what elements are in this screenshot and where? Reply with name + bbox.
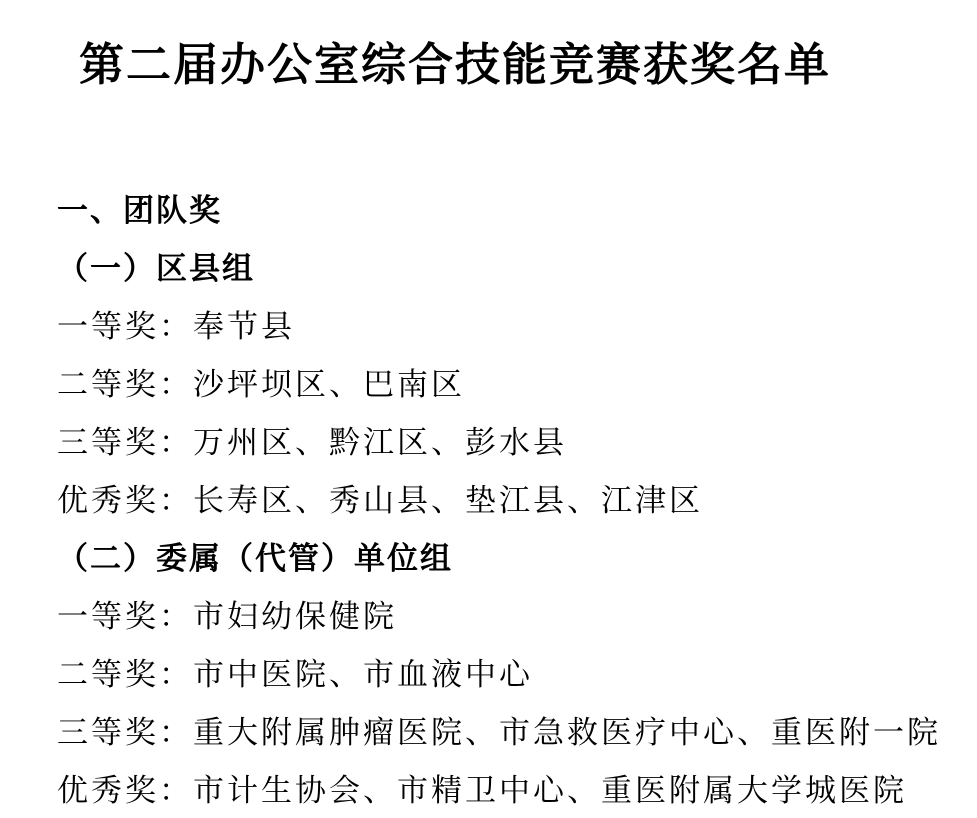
award-winners: 奉节县 <box>193 309 295 344</box>
award-line-excellence-prize: 优秀奖：市计生协会、市精卫中心、重医附属大学城医院 <box>57 762 937 818</box>
award-label: 三等奖： <box>57 425 193 460</box>
document-page: 第二届办公室综合技能竞赛获奖名单 一、团队奖 （一）区县组 一等奖：奉节县 二等… <box>0 0 977 818</box>
award-label: 三等奖： <box>57 715 193 750</box>
award-winners: 市中医院、市血液中心 <box>193 657 533 692</box>
award-line-first-prize: 一等奖：奉节县 <box>57 298 937 356</box>
award-winners: 市妇幼保健院 <box>193 599 397 634</box>
award-winners: 万州区、黔江区、彭水县 <box>193 425 567 460</box>
award-label: 优秀奖： <box>57 773 193 808</box>
award-label: 一等奖： <box>57 599 193 634</box>
award-label: 一等奖： <box>57 309 193 344</box>
award-winners: 市计生协会、市精卫中心、重医附属大学城医院 <box>193 773 907 808</box>
award-winners: 沙坪坝区、巴南区 <box>193 367 465 402</box>
group-district-county: （一）区县组 一等奖：奉节县 二等奖：沙坪坝区、巴南区 三等奖：万州区、黔江区、… <box>57 240 937 530</box>
award-line-excellence-prize: 优秀奖：长寿区、秀山县、垫江县、江津区 <box>57 472 937 530</box>
award-line-second-prize: 二等奖：沙坪坝区、巴南区 <box>57 356 937 414</box>
document-title: 第二届办公室综合技能竞赛获奖名单 <box>79 36 937 94</box>
group-heading-district-county: （一）区县组 <box>57 240 937 298</box>
group-affiliated-units: （二）委属（代管）单位组 一等奖：市妇幼保健院 二等奖：市中医院、市血液中心 三… <box>57 530 937 818</box>
award-line-third-prize: 三等奖：重大附属肿瘤医院、市急救医疗中心、重医附一院 <box>57 704 937 762</box>
award-label: 优秀奖： <box>57 483 193 518</box>
award-line-third-prize: 三等奖：万州区、黔江区、彭水县 <box>57 414 937 472</box>
award-line-first-prize: 一等奖：市妇幼保健院 <box>57 588 937 646</box>
award-label: 二等奖： <box>57 657 193 692</box>
award-line-second-prize: 二等奖：市中医院、市血液中心 <box>57 646 937 704</box>
group-heading-affiliated-units: （二）委属（代管）单位组 <box>57 530 937 588</box>
award-label: 二等奖： <box>57 367 193 402</box>
award-winners: 重大附属肿瘤医院、市急救医疗中心、重医附一院 <box>193 715 941 750</box>
award-winners: 长寿区、秀山县、垫江县、江津区 <box>193 483 703 518</box>
section-heading-team-awards: 一、团队奖 <box>57 182 937 240</box>
section-team-awards: 一、团队奖 （一）区县组 一等奖：奉节县 二等奖：沙坪坝区、巴南区 三等奖：万州… <box>57 182 937 818</box>
